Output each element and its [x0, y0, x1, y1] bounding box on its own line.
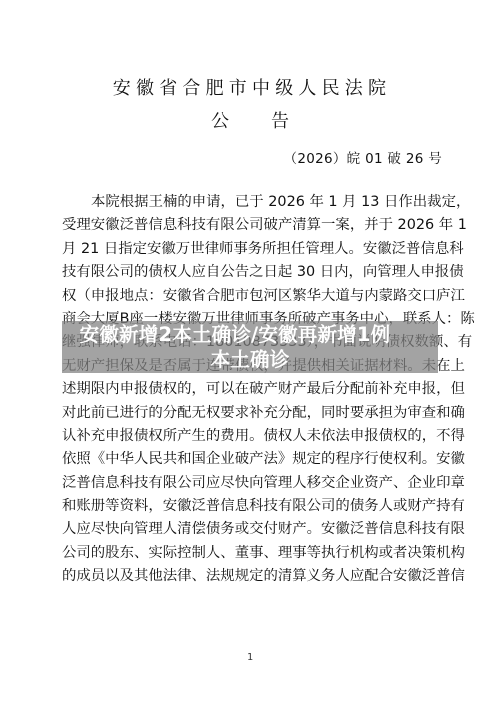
body-line: 人应尽快向管理人清偿债务或交付财产。安徽泛普信息科技有限 [62, 518, 442, 541]
body-line: 权（申报地点：安徽省合肥市包河区繁华大道与内蒙路交口庐江 [62, 285, 442, 308]
watermark-line-1: 安徽新增2本土确诊/安徽再新增1例 [62, 322, 438, 347]
body-line: 公司的股东、实际控制人、董事、理事等执行机构或者决策机构 [62, 542, 442, 565]
body-line: 依照《中华人民共和国企业破产法》规定的程序行使权利。安徽 [62, 448, 442, 471]
body-line: 受理安徽泛普信息科技有限公司破产清算一案，并于 2026 年 1 [62, 214, 442, 237]
body-line: 泛普信息科技有限公司应尽快向管理人移交企业资产、企业印章 [62, 472, 442, 495]
notice-title-char-1: 公 [211, 110, 229, 134]
body-line: 和账册等资料，安徽泛普信息科技有限公司的债务人或财产持有 [62, 495, 442, 518]
body-line: 认补充申报债权所产生的费用。债权人未依法申报债权的，不得 [62, 425, 442, 448]
court-name-heading: 安徽省合肥市中级人民法院 [0, 77, 500, 101]
headline-watermark: 安徽新增2本土确诊/安徽再新增1例 本土确诊 [62, 322, 438, 372]
body-line: 月 21 日指定安徽万世律师事务所担任管理人。安徽泛普信息科 [62, 238, 442, 261]
document-page: 安徽省合肥市中级人民法院 公告 （2026）皖 01 破 26 号 本院根据王楠… [0, 0, 500, 706]
watermark-line-2: 本土确诊 [62, 347, 438, 372]
case-number: （2026）皖 01 破 26 号 [284, 150, 442, 168]
notice-title: 公告 [0, 110, 500, 134]
body-line: 对此前已进行的分配无权要求补充分配，同时要承担为审查和确 [62, 402, 442, 425]
body-line: 述期限内申报债权的，可以在破产财产最后分配前补充申报，但 [62, 378, 442, 401]
body-line: 本院根据王楠的申请，已于 2026 年 1 月 13 日作出裁定， [62, 191, 442, 214]
notice-title-char-2: 告 [271, 110, 289, 134]
notice-body: 本院根据王楠的申请，已于 2026 年 1 月 13 日作出裁定， 受理安徽泛普… [62, 191, 442, 589]
body-line: 的成员以及其他法律、法规规定的清算义务人应配合安徽泛普信 [62, 565, 442, 588]
page-number: 1 [0, 652, 500, 663]
body-line: 技有限公司的债权人应自公告之日起 30 日内，向管理人申报债 [62, 261, 442, 284]
